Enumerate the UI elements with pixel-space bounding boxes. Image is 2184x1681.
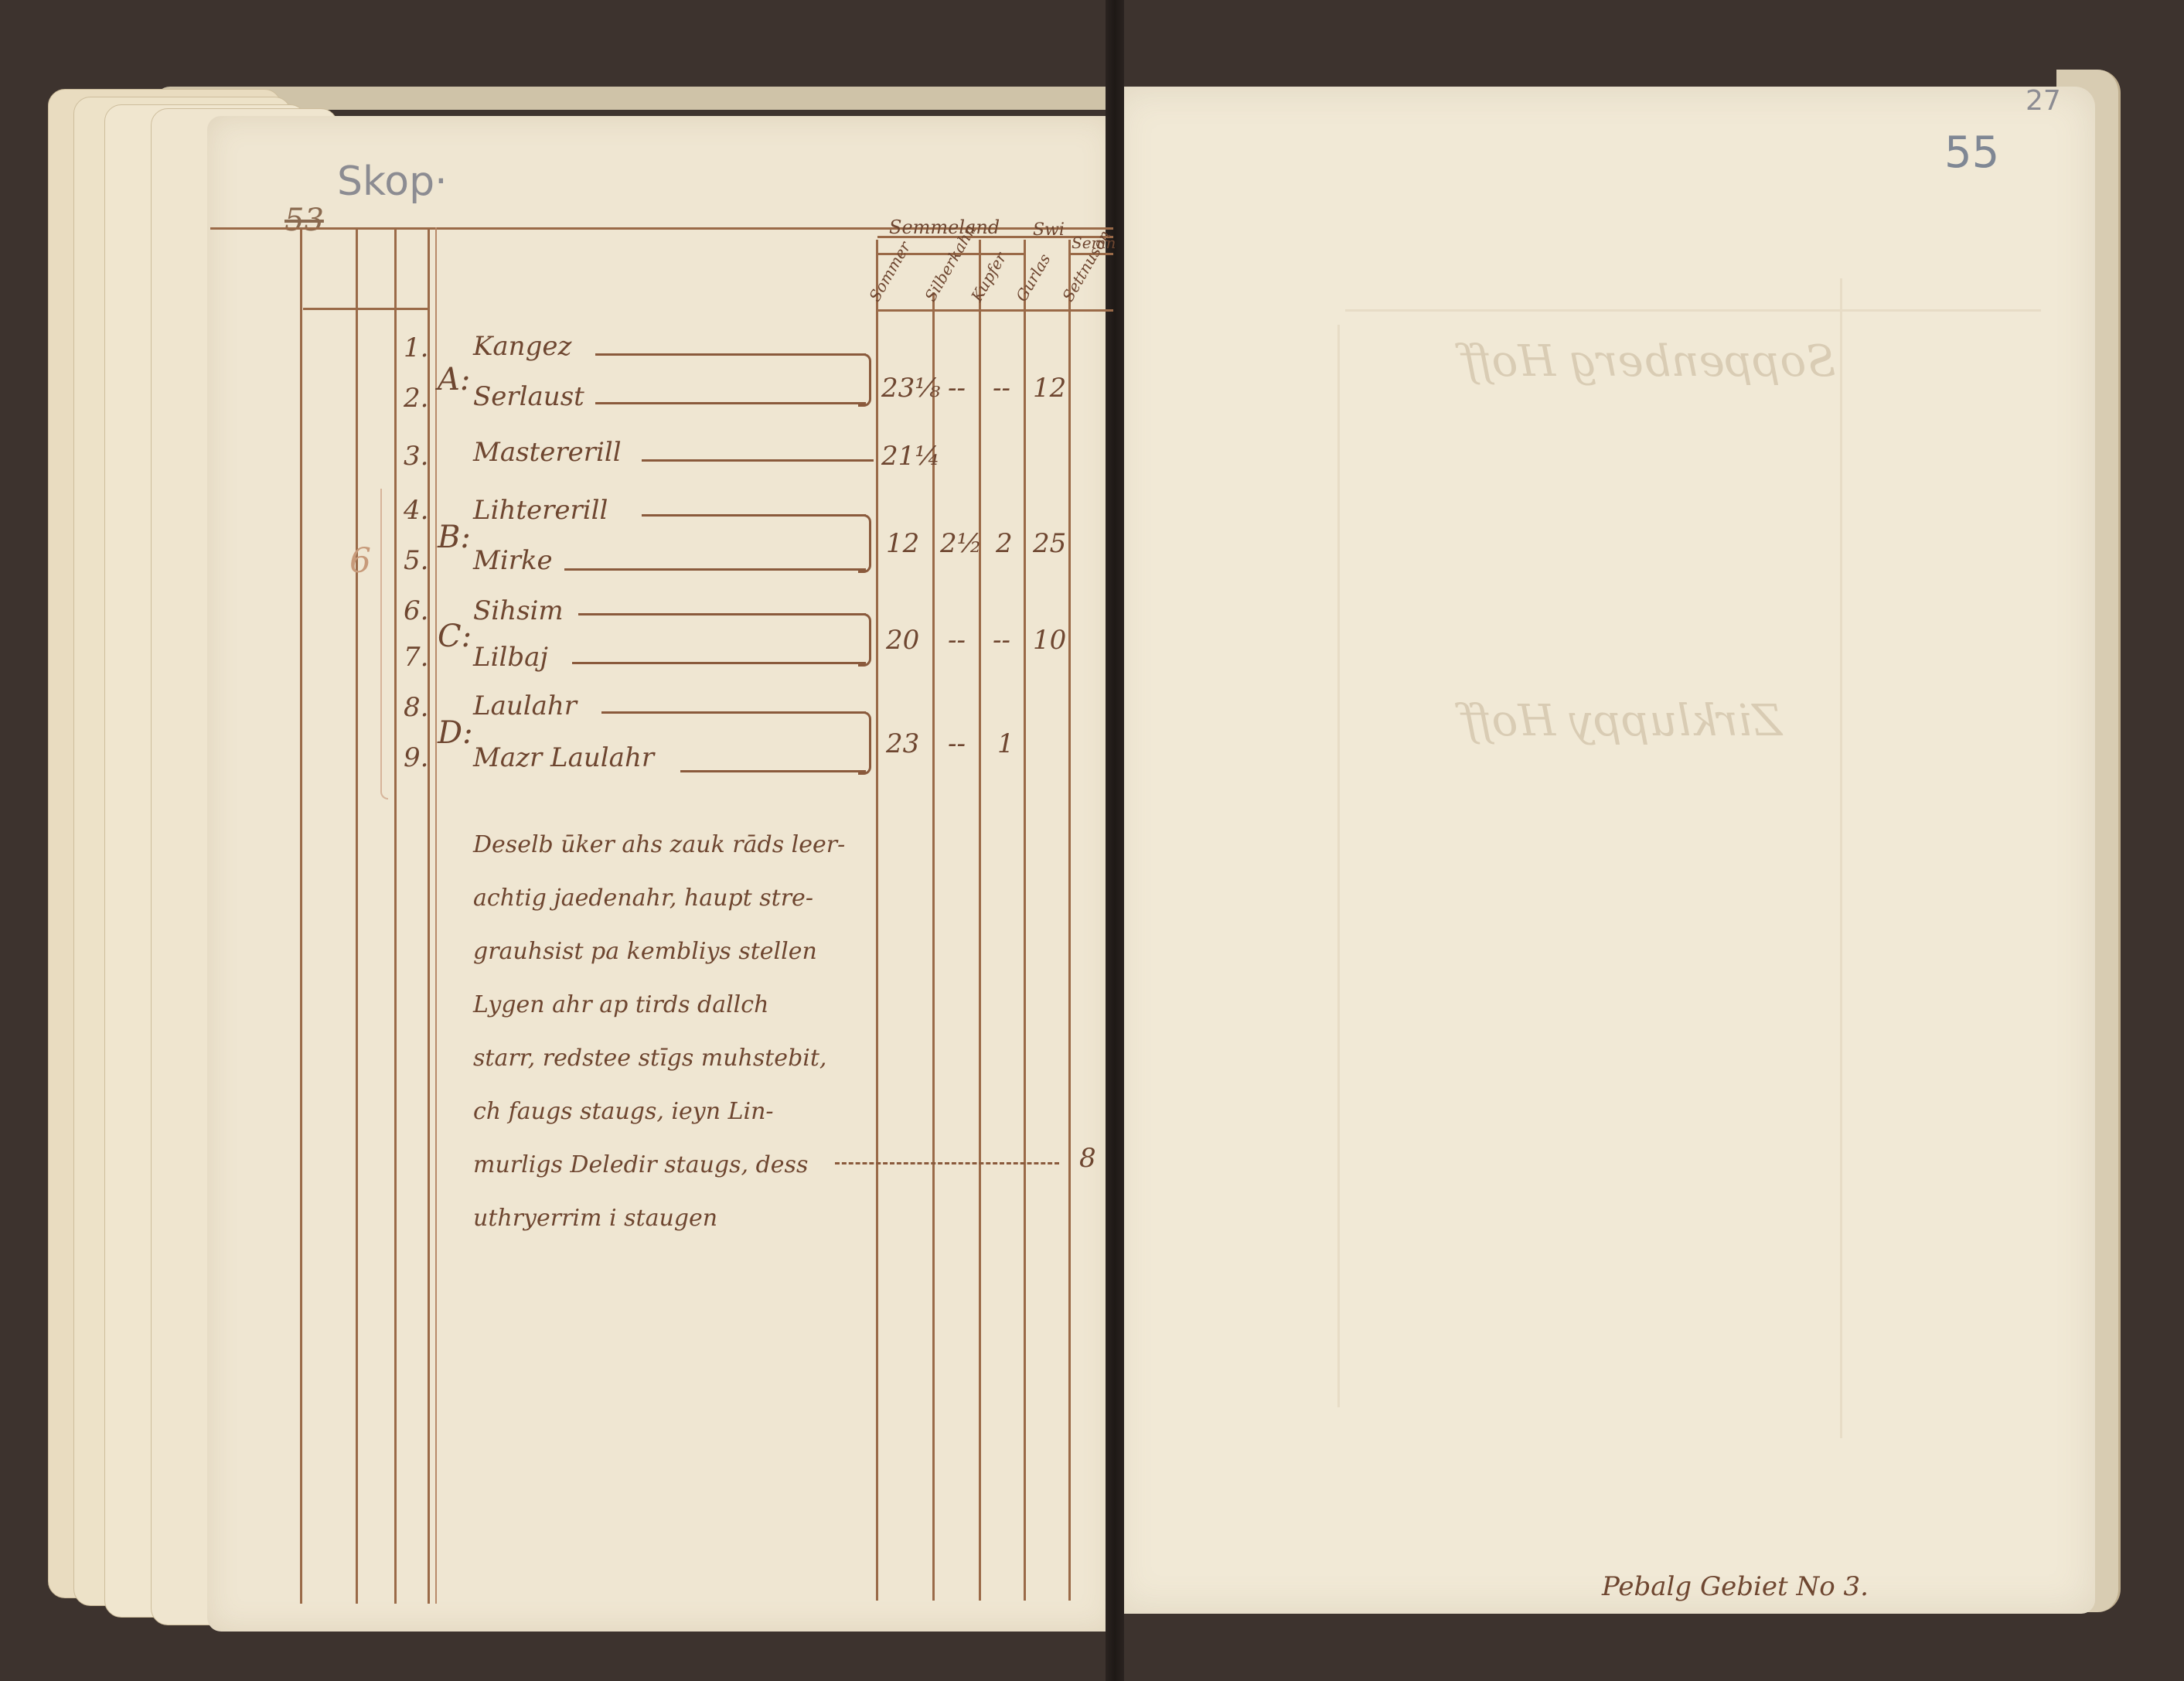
col-rule (356, 227, 358, 1604)
value-col-rule (979, 240, 981, 1601)
value-cell: -- (993, 625, 1010, 656)
note-line: murligs Deledir staugs, dess (473, 1138, 875, 1192)
value-cell: 21¼ (881, 441, 940, 472)
value-cell: 25 (1033, 528, 1066, 559)
value-col-rule (1068, 240, 1071, 1601)
note-total-value: 8 (1079, 1143, 1096, 1174)
pencil-corner-number: 27 (2026, 85, 2061, 117)
note-line: ch faugs staugs, ieyn Lin- (473, 1085, 875, 1138)
margin-bracket (380, 489, 388, 800)
header-rule (303, 308, 428, 310)
col-rule (394, 227, 397, 1604)
margin-note: 6 (349, 541, 371, 581)
col-rule (428, 227, 430, 1604)
leader-line (564, 568, 866, 571)
bracket (858, 711, 871, 775)
col-rule (300, 227, 302, 1604)
row-number: 5. (404, 545, 428, 576)
group-label: A: (438, 362, 470, 397)
item-name: Mastererill (473, 437, 622, 468)
row-number: 4. (404, 495, 428, 526)
row-number: 8. (404, 692, 428, 723)
leader-line (595, 402, 866, 404)
faint-rule (1337, 325, 1340, 1407)
value-cell: -- (948, 625, 966, 656)
value-cell: 20 (886, 625, 919, 656)
bleed-through-text: Zirkluppy Hoff (1461, 696, 1782, 746)
column-group-header: Semmeland (889, 217, 1000, 238)
item-name: Mirke (473, 545, 553, 576)
value-cell: 23 (886, 728, 919, 759)
page-number: 55 (1944, 128, 1999, 178)
row-number: 9. (404, 742, 428, 773)
row-number: 1. (404, 332, 428, 363)
note-line: starr, redstee stīgs muhstebit, (473, 1031, 875, 1085)
total-leader (835, 1162, 1059, 1164)
value-col-rule (1024, 240, 1026, 1601)
value-header-rule (877, 309, 1113, 312)
value-cell: -- (948, 373, 966, 404)
item-name: Serlaust (473, 381, 584, 412)
leader-line (572, 662, 866, 664)
value-col-rule (932, 292, 935, 1601)
row-number: 7. (404, 642, 428, 673)
value-cell: 23⅛ (881, 373, 940, 404)
leader-line (680, 770, 866, 772)
bracket (858, 613, 871, 667)
bracket (858, 353, 871, 407)
leader-line (578, 613, 866, 615)
faint-rule (1345, 309, 2041, 312)
row-number: 2. (404, 383, 428, 414)
column-group-header: Swi (1033, 220, 1065, 240)
item-name: Lilbaj (473, 642, 548, 673)
item-name: Lihtererill (473, 495, 608, 526)
group-label: B: (438, 520, 471, 555)
note-line: achtig jaedenahr, haupt stre- (473, 871, 875, 925)
note-line: Lygen ahr ap tirds dallch (473, 978, 875, 1031)
col-rule (435, 227, 437, 1604)
value-cell: -- (993, 373, 1010, 404)
pencil-label: Skop· (337, 159, 448, 205)
note-line: Deselb ūker ahs zauk rāds leer- (473, 818, 875, 871)
note-line: grauhsist pa kembliys stellen (473, 925, 875, 978)
item-name: Sihsim (473, 595, 564, 626)
faint-rule (1840, 278, 1842, 1438)
value-cell: 10 (1033, 625, 1066, 656)
item-name: Mazr Laulahr (473, 742, 654, 773)
note-paragraph: Deselb ūker ahs zauk rāds leer- achtig j… (473, 818, 875, 1245)
bleed-through-text: Soppenberg Hoff (1461, 336, 1836, 387)
item-name: Kangez (473, 331, 571, 362)
value-cell: 12 (886, 528, 919, 559)
row-number: 3. (404, 441, 428, 472)
value-col-rule (876, 240, 878, 1601)
value-cell: 2½ (940, 528, 983, 559)
leader-line (642, 514, 866, 517)
group-label: C: (438, 619, 472, 654)
leader-line (595, 353, 866, 356)
footer-label: Pebalg Gebiet No 3. (1602, 1571, 1869, 1602)
row-number: 6. (404, 595, 428, 626)
note-line: uthryerrim i staugen (473, 1192, 875, 1245)
group-label: D: (438, 715, 473, 751)
value-cell: 2 (996, 528, 1013, 559)
value-cell: 1 (997, 728, 1014, 759)
value-cell: -- (948, 728, 966, 759)
leader-line (601, 711, 866, 714)
value-cell: 12 (1033, 373, 1066, 404)
leader-line (642, 459, 874, 462)
item-name: Laulahr (473, 690, 577, 721)
right-page (1113, 87, 2095, 1614)
old-page-number: 53 (284, 203, 324, 238)
bracket (858, 514, 871, 573)
